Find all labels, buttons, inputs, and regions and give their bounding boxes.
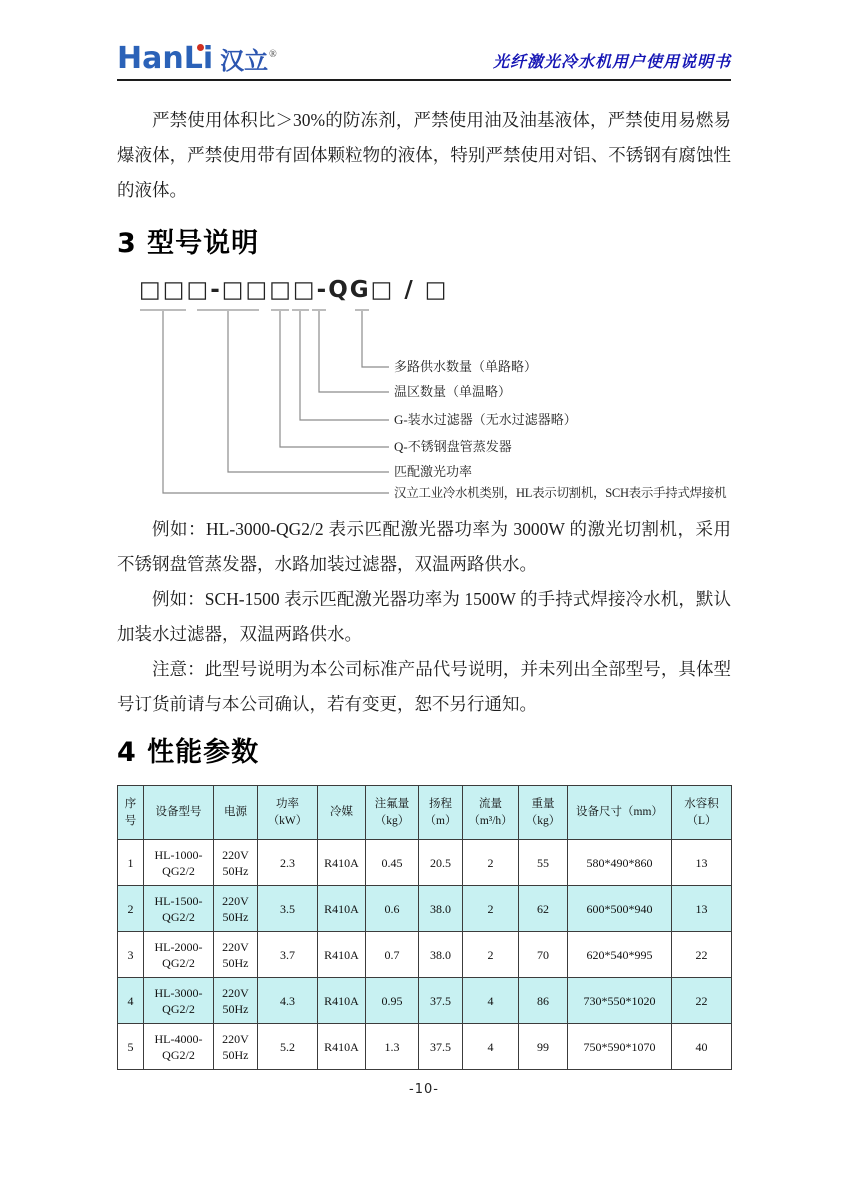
table-cell: 220V 50Hz — [214, 932, 258, 978]
page-number: -10- — [0, 1082, 848, 1097]
table-cell: R410A — [318, 1024, 366, 1070]
table-cell: 37.5 — [419, 1024, 463, 1070]
diagram-label-laser-power: 匹配激光功率 — [394, 463, 472, 481]
header-cell: 注氟量 （kg） — [366, 786, 419, 840]
table-cell: 1.3 — [366, 1024, 419, 1070]
table-cell: 2 — [118, 886, 144, 932]
table-row: 2HL-1500- QG2/2220V 50Hz3.5R410A0.638.02… — [118, 886, 732, 932]
diagram-label-machine-class: 汉立工业冷水机类别，HL表示切割机，SCH表示手持式焊接机 — [394, 484, 726, 502]
table-cell: 620*540*995 — [568, 932, 672, 978]
table-cell: 3.7 — [258, 932, 318, 978]
table-cell: 750*590*1070 — [568, 1024, 672, 1070]
table-cell: 0.7 — [366, 932, 419, 978]
document-page: HanLi 汉立 ® 光纤激光冷水机用户使用说明书 严禁使用体积比＞30%的防冻… — [0, 0, 848, 1200]
table-cell: 0.45 — [366, 840, 419, 886]
model-code-diagram: □□□-□□□□-QG□ / □ 多路供水数量（单路略） 温区数量（单温略） G… — [117, 278, 731, 506]
table-row: 3HL-2000- QG2/2220V 50Hz3.7R410A0.738.02… — [118, 932, 732, 978]
diagram-label-q-evaporator: Q-不锈钢盘管蒸发器 — [394, 438, 512, 456]
table-cell: 20.5 — [419, 840, 463, 886]
header-cell: 功率 （kW） — [258, 786, 318, 840]
example-paragraph-2: 例如：SCH-1500 表示匹配激光器功率为 1500W 的手持式焊接冷水机，默… — [117, 582, 731, 652]
table-cell: R410A — [318, 886, 366, 932]
table-cell: 22 — [672, 932, 732, 978]
header-divider — [117, 79, 731, 81]
page-header: HanLi 汉立 ® 光纤激光冷水机用户使用说明书 — [117, 0, 731, 74]
table-cell: R410A — [318, 932, 366, 978]
table-cell: 37.5 — [419, 978, 463, 1024]
table-cell: 86 — [519, 978, 568, 1024]
performance-table: 序 号设备型号电源功率 （kW）冷媒注氟量 （kg）扬程 （m）流量 （m³/h… — [117, 785, 732, 1070]
table-cell: 5 — [118, 1024, 144, 1070]
table-cell: 2 — [463, 932, 519, 978]
header-cell: 流量 （m³/h） — [463, 786, 519, 840]
document-title: 光纤激光冷水机用户使用说明书 — [493, 49, 731, 74]
table-cell: 38.0 — [419, 886, 463, 932]
header-cell: 电源 — [214, 786, 258, 840]
example-paragraph-1: 例如：HL-3000-QG2/2 表示匹配激光器功率为 3000W 的激光切割机… — [117, 512, 731, 582]
table-cell: HL-1000- QG2/2 — [144, 840, 214, 886]
table-cell: 4 — [463, 1024, 519, 1070]
table-cell: 38.0 — [419, 932, 463, 978]
table-cell: 55 — [519, 840, 568, 886]
table-cell: 0.95 — [366, 978, 419, 1024]
header-cell: 重量 （kg） — [519, 786, 568, 840]
examples-block: 例如：HL-3000-QG2/2 表示匹配激光器功率为 3000W 的激光切割机… — [117, 512, 731, 769]
table-cell: 3 — [118, 932, 144, 978]
table-cell: R410A — [318, 840, 366, 886]
table-row: 1HL-1000- QG2/2220V 50Hz2.3R410A0.4520.5… — [118, 840, 732, 886]
hanli-logo: HanLi 汉立 ® — [117, 44, 277, 74]
table-cell: 13 — [672, 840, 732, 886]
table-cell: HL-4000- QG2/2 — [144, 1024, 214, 1070]
table-cell: 62 — [519, 886, 568, 932]
table-cell: 1 — [118, 840, 144, 886]
header-cell: 冷媒 — [318, 786, 366, 840]
table-row: 4HL-3000- QG2/2220V 50Hz4.3R410A0.9537.5… — [118, 978, 732, 1024]
table-cell: 4 — [118, 978, 144, 1024]
header-cell: 设备尺寸（mm） — [568, 786, 672, 840]
table-cell: 600*500*940 — [568, 886, 672, 932]
table-cell: 5.2 — [258, 1024, 318, 1070]
table-cell: HL-1500- QG2/2 — [144, 886, 214, 932]
table-cell: 580*490*860 — [568, 840, 672, 886]
table-cell: 220V 50Hz — [214, 978, 258, 1024]
table-cell: 730*550*1020 — [568, 978, 672, 1024]
table-cell: 4 — [463, 978, 519, 1024]
diagram-label-multi-supply: 多路供水数量（单路略） — [394, 358, 537, 376]
note-paragraph: 注意：此型号说明为本公司标准产品代号说明，并未列出全部型号，具体型号订货前请与本… — [117, 652, 731, 722]
table-cell: 22 — [672, 978, 732, 1024]
logo-red-dot-icon — [197, 44, 204, 51]
table-cell: 220V 50Hz — [214, 1024, 258, 1070]
table-cell: 2.3 — [258, 840, 318, 886]
table-cell: 220V 50Hz — [214, 840, 258, 886]
table-row: 5HL-4000- QG2/2220V 50Hz5.2R410A1.337.54… — [118, 1024, 732, 1070]
header-cell: 设备型号 — [144, 786, 214, 840]
section-4-heading: 4 性能参数 — [117, 730, 731, 769]
table-cell: 4.3 — [258, 978, 318, 1024]
table-cell: 220V 50Hz — [214, 886, 258, 932]
table-cell: 99 — [519, 1024, 568, 1070]
header-cell: 扬程 （m） — [419, 786, 463, 840]
table-cell: 70 — [519, 932, 568, 978]
diagram-label-g-filter: G-装水过滤器（无水过滤器略） — [394, 411, 577, 429]
registered-mark-icon: ® — [269, 49, 277, 60]
table-cell: 13 — [672, 886, 732, 932]
table-cell: 2 — [463, 886, 519, 932]
table-header-row: 序 号设备型号电源功率 （kW）冷媒注氟量 （kg）扬程 （m）流量 （m³/h… — [118, 786, 732, 840]
table-cell: 0.6 — [366, 886, 419, 932]
table-cell: HL-3000- QG2/2 — [144, 978, 214, 1024]
header-cell: 序 号 — [118, 786, 144, 840]
table-cell: R410A — [318, 978, 366, 1024]
header-cell: 水容积 （L） — [672, 786, 732, 840]
diagram-label-temp-zones: 温区数量（单温略） — [394, 383, 511, 401]
logo-cjk-text: 汉立 — [220, 49, 268, 74]
table-cell: HL-2000- QG2/2 — [144, 932, 214, 978]
intro-paragraph: 严禁使用体积比＞30%的防冻剂，严禁使用油及油基液体，严禁使用易燃易爆液体，严禁… — [117, 103, 731, 208]
table-cell: 3.5 — [258, 886, 318, 932]
section-3-heading: 3 型号说明 — [117, 221, 731, 260]
table-cell: 40 — [672, 1024, 732, 1070]
table-cell: 2 — [463, 840, 519, 886]
